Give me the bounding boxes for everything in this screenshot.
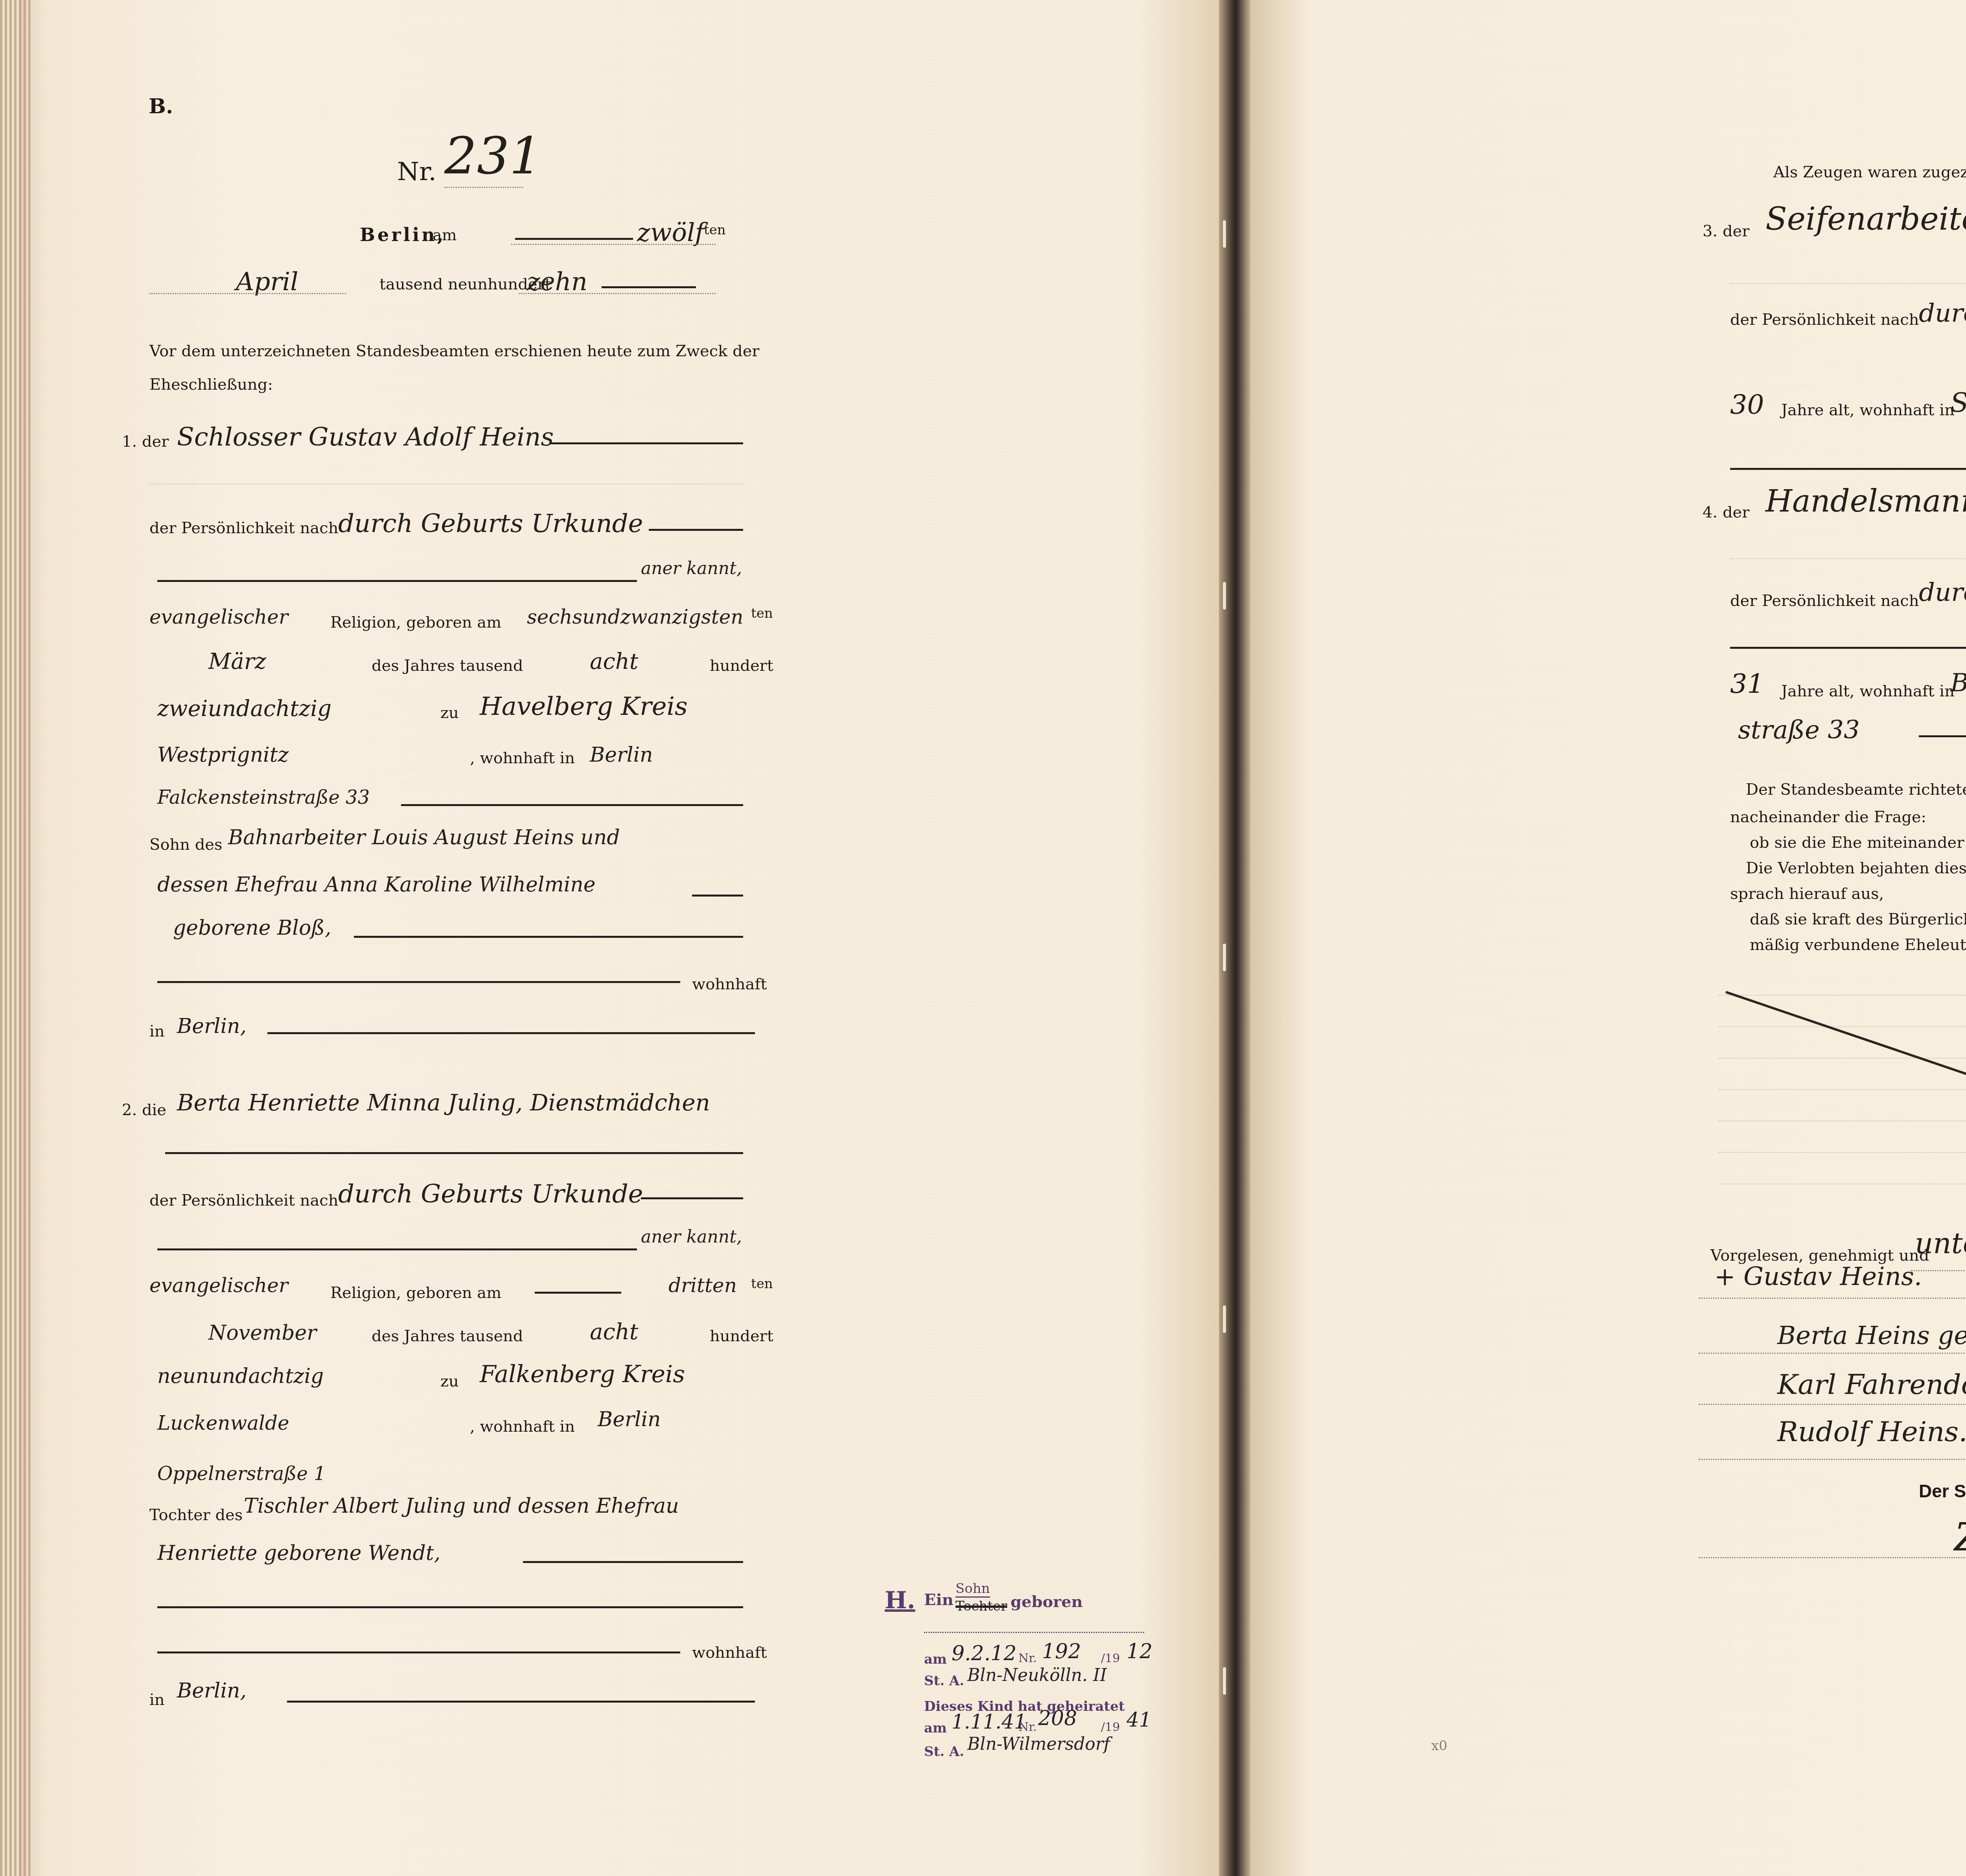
stroke (354, 936, 743, 938)
registrar-label: Der Standesbeamte. (1919, 1480, 1966, 1502)
witness3-residence: Schöneberg, Kreis Teltow (1950, 387, 1966, 418)
stroke (165, 1152, 743, 1154)
stroke (157, 1651, 680, 1653)
bride-parents-city: Berlin, (177, 1679, 247, 1703)
witness3-age-label: Jahre alt, wohnhaft in (1781, 401, 1955, 419)
groom-residence-city: Berlin (590, 743, 653, 767)
binding-stitch (1223, 220, 1226, 248)
witness4-persoenlichkeit-label: der Persönlichkeit nach (1730, 592, 1919, 610)
stroke (535, 1292, 621, 1294)
stamp-am-label-2: am (924, 1720, 947, 1736)
stroke (1730, 647, 1966, 649)
groom-parents-wohnhaft: wohnhaft (692, 975, 767, 993)
groom-residence-street: Falckensteinstraße 33 (157, 786, 370, 808)
stamp-tochter-struck: Tochter (955, 1598, 1007, 1614)
bride-zu: zu (440, 1372, 459, 1390)
date-day: zwölf (637, 218, 704, 247)
date-am-label: am (433, 226, 457, 244)
binding-stitch (1223, 582, 1226, 609)
stroke (157, 1606, 743, 1608)
groom-parents-label: Sohn des (149, 836, 223, 854)
bride-residence-city: Berlin (598, 1408, 661, 1431)
stroke (267, 1032, 755, 1034)
stamp-letter: H. (885, 1587, 915, 1614)
witness4-residence-2: straße 33 (1738, 716, 1860, 745)
formula-line-4: Die Verlobten bejahten diese Frage und d… (1746, 859, 1966, 877)
signature-rule (1699, 1459, 1966, 1460)
date-month: April (236, 267, 298, 296)
blank-rule (1718, 1152, 1966, 1153)
stamp-rule (924, 1632, 1144, 1633)
witness4-occupation-name: Handelsmann Rudolf Heins (1765, 484, 1966, 519)
signature-rule (1699, 1353, 1966, 1354)
witness3-persoenlichkeit-value: durch Arbeitsbuch (1919, 299, 1966, 328)
witness3-occupation-name: Seifenarbeiter Karl Fahrendorff (1765, 201, 1966, 237)
date-tausend-label: tausend neunhundert (379, 275, 551, 293)
stamp-sta-label-2: St. A. (924, 1744, 964, 1760)
book-gutter (1219, 0, 1250, 1876)
bride-religion-label: Religion, geboren am (330, 1284, 501, 1302)
bride-wohnhaft-label: , wohnhaft in (470, 1418, 575, 1436)
blank-rule (1718, 995, 1966, 996)
stroke (641, 1197, 743, 1199)
intro-line-1: Vor dem unterzeichneten Standesbeamten e… (149, 342, 759, 360)
witness-intro: Als Zeugen waren zugezogen und erschiene… (1773, 163, 1966, 181)
page-edge-tint (20, 0, 31, 1876)
bride-parents-in: in (149, 1691, 165, 1709)
birth-marriage-stamp-left: H. Ein Sohn Tochter geboren am 9.2.12 Nr… (885, 1581, 1160, 1785)
date-year: zehn (527, 267, 587, 296)
groom-century: acht (590, 649, 638, 674)
signature-groom: + Gustav Heins. (1714, 1262, 1922, 1291)
groom-name-stroke (550, 442, 743, 444)
stamp-marriage-year: 41 (1127, 1708, 1152, 1731)
stamp-nr-label-2: Nr. (1018, 1720, 1037, 1734)
stamp-geboren: geboren (1011, 1592, 1083, 1611)
registrar-signature: Ziegler (1954, 1514, 1966, 1560)
stamp-am-label: am (924, 1651, 947, 1667)
stamp-birth-year: 12 (1127, 1640, 1152, 1663)
bride-aner: aner kannt, (641, 1227, 742, 1247)
groom-des-jahres: des Jahres tausend (372, 657, 523, 675)
stroke (401, 804, 743, 806)
bride-parents-line1: Tischler Albert Juling und dessen Ehefra… (244, 1494, 679, 1518)
stroke (523, 1561, 743, 1563)
approval-value: unterschrieben (1915, 1227, 1966, 1260)
witness4-age: 31 (1730, 668, 1764, 700)
bride-hundert: hundert (710, 1327, 773, 1345)
groom-religion-label: Religion, geboren am (330, 613, 501, 631)
groom-birthplace: Havelberg Kreis (480, 692, 688, 721)
stamp-sta-label: St. A. (924, 1673, 964, 1689)
groom-born-day: sechsundzwanzigsten (527, 606, 744, 628)
stamp-birth-date: 9.2.12 (952, 1642, 1016, 1665)
witness3-index: 3. der (1703, 222, 1749, 240)
stamp-marriage-office: Bln-Wilmersdorf (967, 1734, 1110, 1754)
groom-wohnhaft-label: , wohnhaft in (470, 749, 575, 767)
groom-aner: aner kannt, (641, 558, 742, 578)
stamp-birth-nr: 192 (1042, 1640, 1081, 1663)
blank-rule (1730, 558, 1966, 559)
bride-religion-value: evangelischer (149, 1274, 288, 1297)
date-day-suffix: ten (704, 222, 726, 238)
bride-persoenlichkeit-label: der Persönlichkeit nach (149, 1191, 338, 1210)
stamp-birth-office: Bln-Neukölln. II (967, 1665, 1107, 1685)
witness4-persoenlichkeit-value: durch Militär - Ausweis (1919, 578, 1966, 607)
groom-persoenlichkeit-label: der Persönlichkeit nach (149, 519, 338, 537)
stamp-ein: Ein (924, 1591, 954, 1609)
date-rule (511, 244, 716, 245)
year-rule (519, 293, 716, 294)
signature-witness4: Rudolf Heins. (1777, 1416, 1966, 1448)
formula-line-7: mäßig verbundene Eheleute seien. (1750, 936, 1966, 954)
signature-rule (1699, 1404, 1966, 1405)
stamp-marriage-nr: 208 (1038, 1707, 1077, 1730)
formula-line-5: sprach hierauf aus, (1730, 885, 1884, 903)
stroke (287, 1701, 755, 1703)
blank-rule (1730, 283, 1966, 284)
bride-residence-street: Oppelnerstraße 1 (157, 1463, 326, 1485)
stamp-marriage-date: 1.11.41 (952, 1710, 1027, 1733)
signature-witness3: Karl Fahrendorff (1777, 1368, 1966, 1401)
section-letter: B. (149, 94, 173, 118)
record-number: 231 (444, 126, 542, 186)
stroke (157, 580, 637, 582)
record-number-rule (444, 187, 523, 188)
groom-born-year: zweiundachtzig (157, 696, 331, 722)
stamp-year-prefix: /19 (1101, 1651, 1120, 1665)
bride-occupation-name: Berta Henriette Minna Juling, Dienstmädc… (177, 1089, 710, 1116)
bride-parents-label: Tochter des (149, 1506, 243, 1524)
binding-stitch (1223, 944, 1226, 971)
stroke (1919, 735, 1966, 737)
blank-rule (1718, 1089, 1966, 1090)
groom-parents-line2: dessen Ehefrau Anna Karoline Wilhelmine (157, 873, 596, 897)
bride-born-year: neunundachtzig (157, 1364, 324, 1388)
stamp-sohn: Sohn (955, 1581, 990, 1598)
groom-index: 1. der (122, 433, 169, 451)
binding-stitch (1223, 1305, 1226, 1333)
witness3-persoenlichkeit-label: der Persönlichkeit nach (1730, 311, 1919, 329)
bride-parents-wohnhaft: wohnhaft (692, 1644, 767, 1662)
groom-hundert: hundert (710, 657, 773, 675)
signature-rule (1699, 1557, 1966, 1558)
groom-parents-line3: geborene Bloß, (173, 916, 331, 940)
groom-ten: ten (751, 606, 773, 621)
stroke (649, 529, 743, 531)
groom-persoenlichkeit-value: durch Geburts Urkunde (338, 509, 643, 538)
stroke (157, 981, 680, 983)
groom-occupation-name: Schlosser Gustav Adolf Heins (177, 423, 554, 452)
witness3-age: 30 (1730, 389, 1764, 420)
stroke (692, 895, 743, 897)
blank-rule (149, 484, 743, 484)
margin-mark: x0 (1431, 1738, 1447, 1754)
groom-born-month: März (208, 649, 266, 674)
groom-birthplace-2: Westprignitz (157, 743, 289, 767)
formula-line-2: nacheinander die Frage: (1730, 808, 1926, 826)
bride-parents-line2: Henriette geborene Wendt, (157, 1541, 440, 1565)
blank-rule (1718, 1058, 1966, 1059)
binding-stitch (1223, 1667, 1226, 1695)
groom-religion-value: evangelischer (149, 606, 288, 628)
signature-rule (1699, 1298, 1966, 1299)
blank-rule (1718, 1184, 1966, 1184)
month-rule (149, 293, 346, 294)
groom-zu: zu (440, 704, 459, 722)
stamp-nr-label: Nr. (1018, 1651, 1037, 1665)
bride-persoenlichkeit-value: durch Geburts Urkunde (338, 1180, 643, 1209)
bride-index: 2. die (122, 1101, 166, 1119)
bride-ten: ten (751, 1276, 773, 1292)
witness4-residence: Berlin Falckenstein- (1950, 668, 1966, 698)
stamp-year-prefix-2: /19 (1101, 1720, 1120, 1734)
intro-line-2: Eheschließung: (149, 376, 273, 394)
bride-birthplace-2: Luckenwalde (157, 1412, 289, 1434)
groom-parents-city: Berlin, (177, 1014, 247, 1038)
formula-line-1: Der Standesbeamte richtete an die Verlob… (1746, 781, 1966, 799)
groom-parents-line1: Bahnarbeiter Louis August Heins und (228, 826, 620, 849)
record-nr-label: Nr. (397, 157, 436, 186)
blank-rule (1718, 1026, 1966, 1027)
bride-born-month: November (208, 1321, 317, 1345)
witness4-index: 4. der (1703, 503, 1749, 521)
bride-birthplace: Falkenberg Kreis (480, 1361, 685, 1388)
date-blank-stroke (515, 238, 633, 240)
blank-rule (1718, 1121, 1966, 1121)
stroke (1730, 468, 1966, 470)
signature-bride: Berta Heins geborene Juling. (1777, 1321, 1966, 1350)
groom-parents-in: in (149, 1022, 165, 1040)
stroke (157, 1248, 637, 1250)
formula-line-6: daß sie kraft des Bürgerlichen Gesetzbuc… (1750, 910, 1966, 928)
bride-des-jahres: des Jahres tausend (372, 1327, 523, 1345)
bride-century: acht (590, 1319, 638, 1345)
formula-line-3: ob sie die Ehe miteinander eingehen woll… (1750, 834, 1966, 852)
witness4-age-label: Jahre alt, wohnhaft in (1781, 682, 1955, 700)
year-blank-stroke (602, 286, 696, 288)
bride-born-day: dritten (668, 1274, 737, 1297)
